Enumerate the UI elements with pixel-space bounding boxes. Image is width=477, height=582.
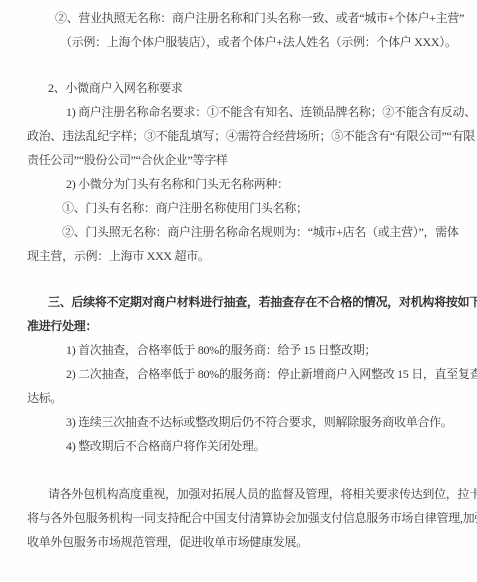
paragraph-spacer — [27, 54, 463, 76]
doc-line-license-example: （示例：上海个体户服装店），或者个体户+法人姓名（示例：个体户 XXX）。 — [27, 30, 463, 54]
doc-heading-spot-check: 三、后续将不定期对商户材料进行抽查，若抽查存在不合格的情况，对机构将按如下标 — [27, 290, 463, 314]
doc-line-naming-rule-1-cont2: 责任公司”“股份公司”“合伙企业”等字样 — [27, 148, 463, 172]
doc-line-door-no-name: ②、门头照无名称：商户注册名称命名规则为：“城市+店名（或主营）”，需体 — [27, 220, 463, 244]
doc-line-door-has-name: ①、门头有名称：商户注册名称使用门头名称； — [27, 196, 463, 220]
doc-line-closing: 请各外包机构高度重视，加强对拓展人员的监督及管理，将相关要求传达到位，拉卡拉 — [27, 482, 463, 506]
doc-line-check-second: 2) 二次抽查，合格率低于 80%的服务商：停止新增商户入网整改 15 日，直至… — [27, 362, 463, 386]
doc-heading-spot-check-cont: 准进行处理： — [27, 314, 463, 338]
doc-line-license-no-name: ②、营业执照无名称：商户注册名称和门头名称一致、或者“城市+个体户+主营” — [27, 6, 463, 30]
document-page: ②、营业执照无名称：商户注册名称和门头名称一致、或者“城市+个体户+主营” （示… — [0, 0, 477, 582]
doc-line-check-first: 1) 首次抽查，合格率低于 80%的服务商：给予 15 日整改期； — [27, 338, 463, 362]
doc-line-naming-rule-1-cont: 政治、违法乱纪字样；③不能乱填写；④需符合经营场所；⑤不能含有“有限公司”“有限 — [27, 124, 463, 148]
doc-line-closing-cont: 将与各外包服务机构一同支持配合中国支付清算协会加强支付信息服务市场自律管理,加强 — [27, 506, 463, 530]
doc-line-naming-rule-1: 1) 商户注册名称命名要求：①不能含有知名、连锁品牌名称；②不能含有反动、 — [27, 100, 463, 124]
doc-line-check-third: 3) 连续三次抽查不达标或整改期后仍不符合要求，则解除服务商收单合作。 — [27, 410, 463, 434]
doc-line-check-fourth: 4) 整改期后不合格商户将作关闭处理。 — [27, 434, 463, 458]
paragraph-spacer — [27, 268, 463, 290]
doc-line-door-no-name-cont: 现主营，示例：上海市 XXX 超市。 — [27, 244, 463, 268]
doc-heading-micro-merchant: 2、小微商户入网名称要求 — [27, 76, 463, 100]
doc-line-naming-rule-2: 2) 小微分为门头有名称和门头无名称两种： — [27, 172, 463, 196]
paragraph-spacer — [27, 458, 463, 482]
doc-line-check-second-cont: 达标。 — [27, 386, 463, 410]
doc-line-closing-cont2: 收单外包服务市场规范管理，促进收单市场健康发展。 — [27, 530, 463, 554]
